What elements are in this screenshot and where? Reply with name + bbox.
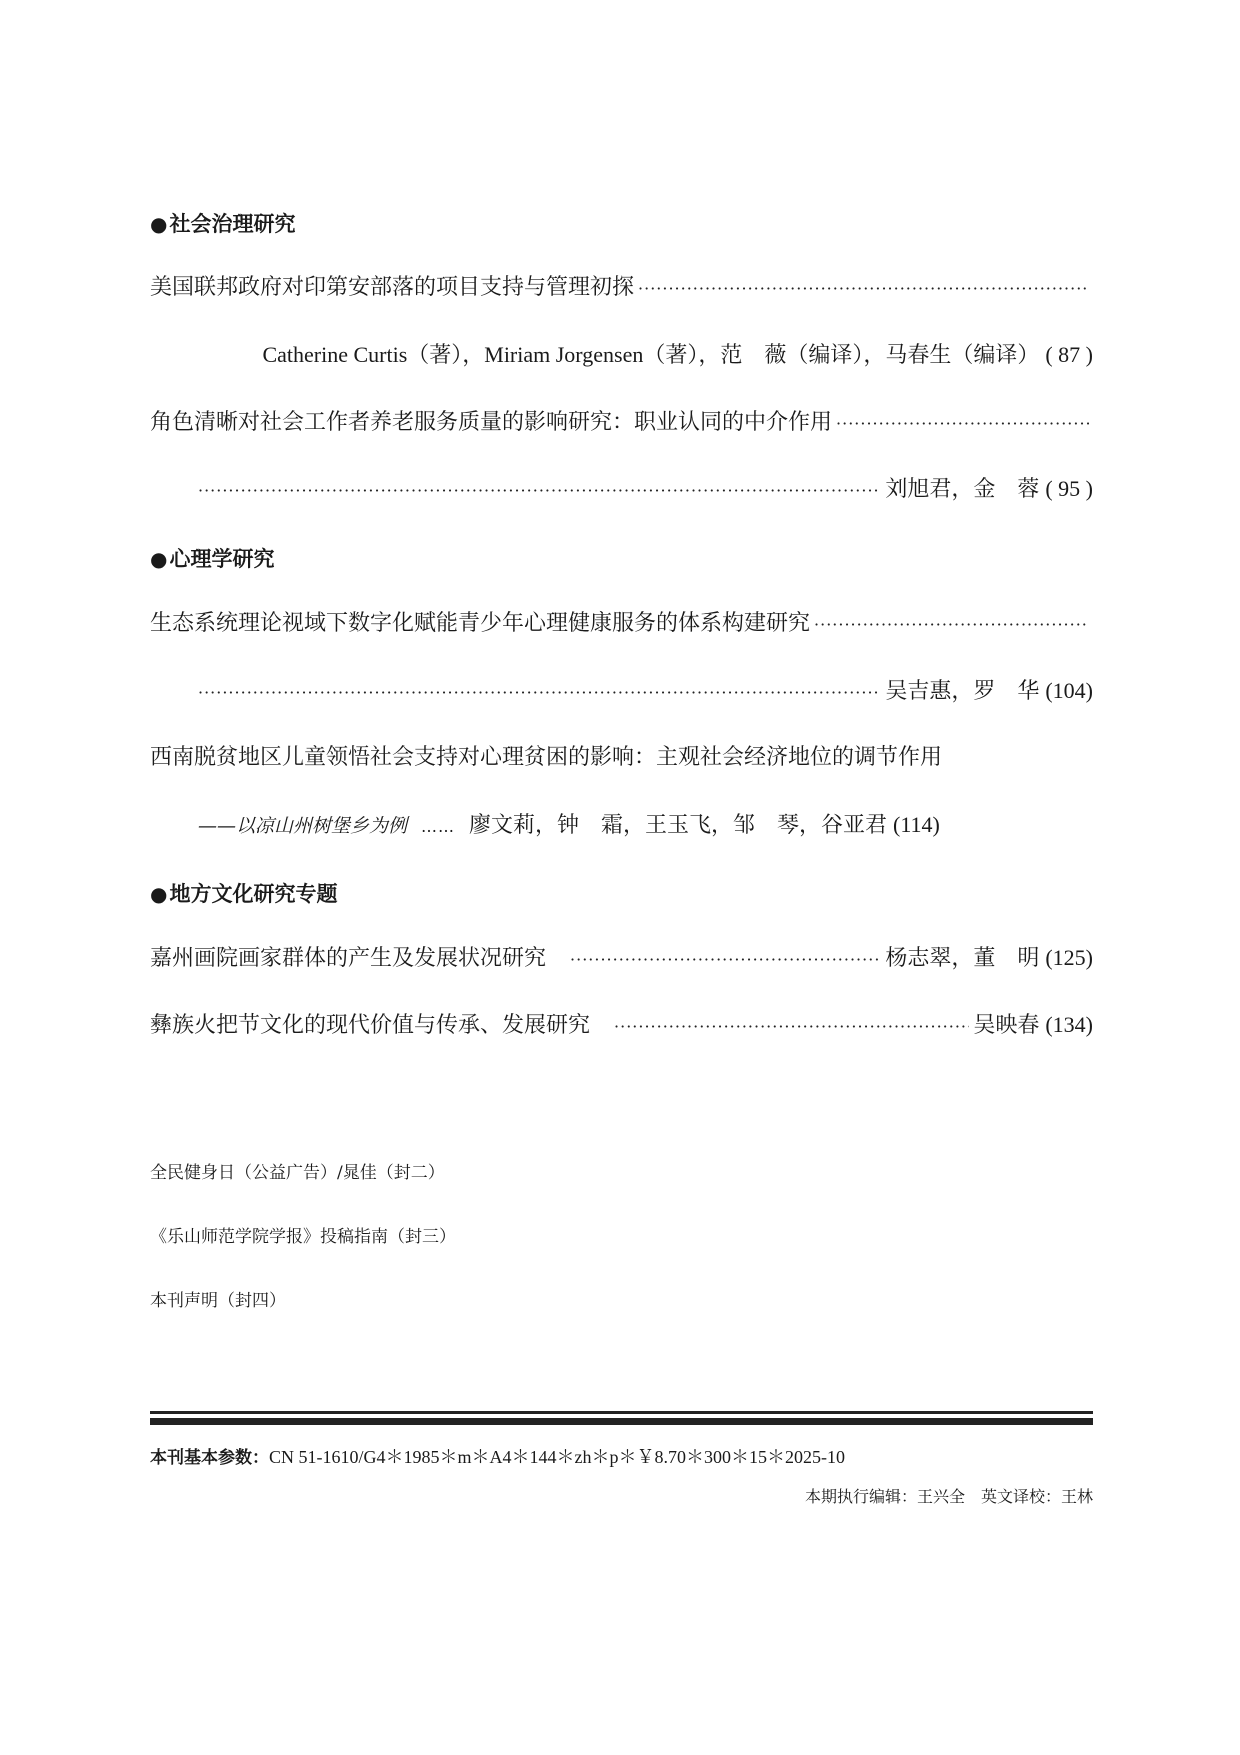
- article-title[interactable]: 彝族火把节文化的现代价值与传承、发展研究: [150, 1011, 590, 1041]
- page-number[interactable]: (134): [1045, 1010, 1093, 1040]
- dot-leader: [836, 409, 1089, 439]
- section-heading-psychology: ●心理学研究: [150, 543, 274, 573]
- editors-credit: 本期执行编辑：王兴全 英文译校：王林: [805, 1484, 1093, 1507]
- divider-thick: [150, 1418, 1093, 1425]
- bullet-icon: ●: [150, 882, 167, 906]
- article-title[interactable]: 西南脱贫地区儿童领悟社会支持对心理贫困的影响：主观社会经济地位的调节作用: [150, 743, 942, 773]
- dot-leader: [638, 274, 1089, 304]
- dot-leader: [570, 945, 881, 975]
- dot-leader: [614, 1012, 969, 1042]
- page-number[interactable]: (104): [1045, 676, 1093, 706]
- bullet-icon: ●: [150, 212, 167, 236]
- section-heading-social-governance: ●社会治理研究: [150, 208, 295, 238]
- dot-leader: [198, 678, 881, 708]
- section-heading-text: 社会治理研究: [169, 212, 295, 236]
- divider-thin: [150, 1411, 1093, 1414]
- dot-leader: [198, 476, 881, 506]
- params-value: CN 51-1610/G4＊1985＊m＊A4＊144＊zh＊p＊￥8.70＊3…: [269, 1447, 845, 1467]
- toc-entry[interactable]: 嘉州画院画家群体的产生及发展状况研究 杨志翠，董 明 (125): [150, 943, 1093, 973]
- article-authors: 杨志翠，董 明: [885, 944, 1039, 974]
- article-authors: 吴吉惠，罗 华: [885, 677, 1039, 707]
- article-title[interactable]: 角色清晰对社会工作者养老服务质量的影响研究：职业认同的中介作用: [150, 408, 832, 438]
- toc-entry-authors: ——以凉山州树堡乡为例 …… 廖文莉，钟 霜，王玉飞，邹 琴，谷亚君 (114): [150, 810, 1093, 840]
- toc-entry-title[interactable]: 生态系统理论视域下数字化赋能青少年心理健康服务的体系构建研究: [150, 609, 1093, 639]
- page-number[interactable]: ( 95 ): [1045, 474, 1093, 504]
- page-number[interactable]: (114): [893, 810, 940, 840]
- article-authors: 刘旭君，金 蓉: [885, 475, 1039, 505]
- dot-leader: [814, 610, 1089, 640]
- article-title[interactable]: 嘉州画院画家群体的产生及发展状况研究: [150, 944, 546, 974]
- misc-item-submission-guide: 《乐山师范学院学报》投稿指南（封三）: [150, 1222, 456, 1247]
- params-label: 本刊基本参数：: [150, 1448, 269, 1468]
- section-heading-local-culture: ●地方文化研究专题: [150, 878, 337, 908]
- toc-entry-authors: 吴吉惠，罗 华 (104): [150, 676, 1093, 706]
- toc-entry-title[interactable]: 美国联邦政府对印第安部落的项目支持与管理初探: [150, 273, 1093, 303]
- article-subtitle: ——以凉山州树堡乡为例: [198, 811, 407, 841]
- page-number[interactable]: (125): [1045, 943, 1093, 973]
- article-title[interactable]: 美国联邦政府对印第安部落的项目支持与管理初探: [150, 273, 634, 303]
- toc-entry-authors: 刘旭君，金 蓉 ( 95 ): [150, 474, 1093, 504]
- article-authors: Catherine Curtis（著），Miriam Jorgensen（著），…: [262, 340, 1039, 370]
- dot-leader: ……: [421, 812, 455, 842]
- section-heading-text: 心理学研究: [169, 547, 274, 571]
- misc-item-statement: 本刊声明（封四）: [150, 1286, 286, 1311]
- misc-item-public-ad: 全民健身日（公益广告）/晁佳（封二）: [150, 1158, 445, 1183]
- journal-parameters: 本刊基本参数：CN 51-1610/G4＊1985＊m＊A4＊144＊zh＊p＊…: [150, 1443, 845, 1469]
- toc-entry-title[interactable]: 角色清晰对社会工作者养老服务质量的影响研究：职业认同的中介作用: [150, 408, 1093, 438]
- article-title[interactable]: 生态系统理论视域下数字化赋能青少年心理健康服务的体系构建研究: [150, 609, 810, 639]
- toc-entry-title[interactable]: 西南脱贫地区儿童领悟社会支持对心理贫困的影响：主观社会经济地位的调节作用: [150, 743, 1093, 773]
- article-authors: 廖文莉，钟 霜，王玉飞，邹 琴，谷亚君: [469, 811, 887, 841]
- bullet-icon: ●: [150, 547, 167, 571]
- toc-entry-authors: Catherine Curtis（著），Miriam Jorgensen（著），…: [150, 340, 1093, 370]
- page-number[interactable]: ( 87 ): [1045, 340, 1093, 370]
- toc-entry[interactable]: 彝族火把节文化的现代价值与传承、发展研究 吴映春 (134): [150, 1010, 1093, 1040]
- section-heading-text: 地方文化研究专题: [169, 882, 337, 906]
- article-authors: 吴映春: [973, 1011, 1039, 1041]
